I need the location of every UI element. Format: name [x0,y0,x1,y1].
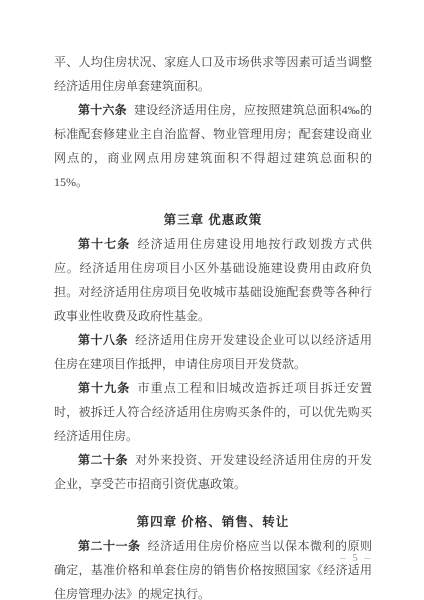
paragraph-article-21: 第二十一条经济适用住房价格应当以保本微利的原则确定，基准价格和单套住房的销售价格… [54,534,372,600]
article-19-label: 第十九条 [78,381,130,395]
document-body: 平、人均住房状况、家庭人口及市场供求等因素可适当调整经济适用住房单套建筑面积。 … [54,50,372,600]
article-20-label: 第二十条 [78,453,128,467]
chapter-3-heading: 第三章 优惠政策 [54,208,372,232]
paragraph-article-18: 第十八条经济适用住房开发建设企业可以以经济适用住房在建项目作抵押，申请住房项目开… [54,328,372,376]
paragraph-continuation: 平、人均住房状况、家庭人口及市场供求等因素可适当调整经济适用住房单套建筑面积。 [54,50,372,98]
document-page: 平、人均住房状况、家庭人口及市场供求等因素可适当调整经济适用住房单套建筑面积。 … [0,0,424,600]
article-16-label: 第十六条 [78,103,127,117]
paragraph-article-17: 第十七条经济适用住房建设用地按行政划拨方式供应。经济适用住房项目小区外基础设施建… [54,232,372,328]
page-number: – 5 – [340,552,372,564]
paragraph-article-19: 第十九条市重点工程和旧城改造拆迁项目拆迁安置时，被拆迁人符合经济适用住房购买条件… [54,376,372,448]
paragraph-article-20: 第二十条对外来投资、开发建设经济适用住房的开发企业，享受芒市招商引资优惠政策。 [54,448,372,496]
article-21-label: 第二十一条 [78,539,140,553]
article-17-label: 第十七条 [78,237,130,251]
paragraph-article-16: 第十六条建设经济适用住房，应按照建筑总面积4‰的标准配套修建业主自治监督、物业管… [54,98,372,194]
article-18-label: 第十八条 [78,333,128,347]
chapter-4-heading: 第四章 价格、销售、转让 [54,510,372,534]
